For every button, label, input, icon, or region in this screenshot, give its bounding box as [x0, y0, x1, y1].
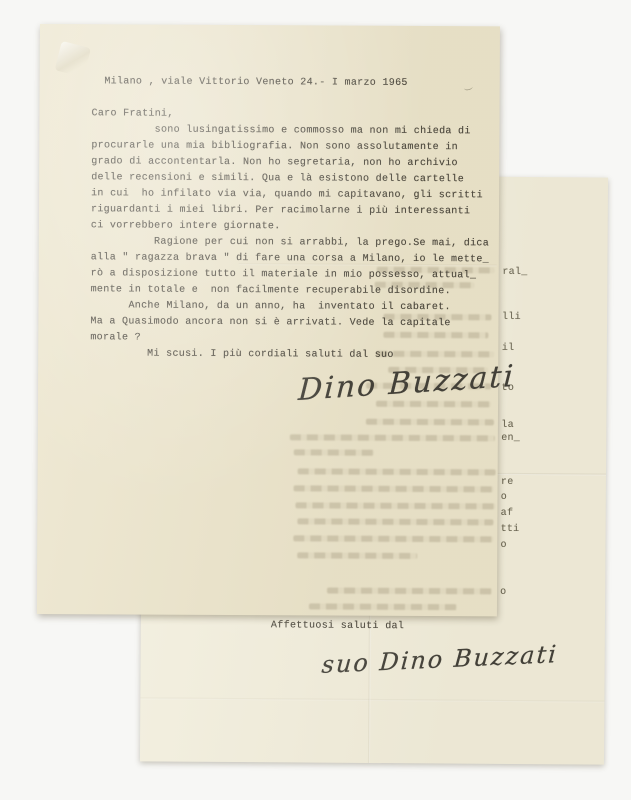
bleedthrough-line — [293, 535, 493, 542]
bleedthrough-line — [295, 502, 495, 509]
bleedthrough-line — [366, 419, 494, 426]
edge-text-fragment: af — [501, 508, 514, 519]
edge-text-fragment: il — [502, 343, 515, 354]
edge-text-fragment: tti — [501, 524, 520, 535]
edge-text-fragment: o — [500, 587, 506, 598]
bleedthrough-line — [294, 449, 374, 455]
bleedthrough-line — [294, 485, 494, 492]
bleedthrough-line — [309, 603, 457, 610]
bleedthrough-line — [297, 552, 417, 559]
scanned-letter-photo: ral_lliiltolaen_reoafttioo Affettuosi sa… — [0, 0, 631, 800]
edge-text-fragment: o — [501, 492, 507, 503]
edge-text-fragment: en_ — [501, 433, 520, 444]
edge-text-fragment: re — [501, 477, 514, 488]
typed-line: Ma a Quasimodo ancora non si è arrivati.… — [90, 314, 488, 332]
bleedthrough-line — [327, 588, 492, 595]
edge-text-fragment: ral_ — [502, 267, 527, 278]
edge-text-fragment: la — [501, 420, 514, 431]
edge-text-fragment: o — [500, 540, 506, 551]
bleedthrough-line — [297, 518, 493, 525]
signature-page-1: Dino Buzzati — [297, 359, 516, 408]
typed-line: Milano , viale Vittorio Veneto 24.- I ma… — [92, 74, 490, 92]
letter-page-1: Milano , viale Vittorio Veneto 24.- I ma… — [37, 24, 500, 616]
paper-crinkle — [55, 41, 91, 77]
signature-page-2: suo Dino Buzzati — [321, 640, 559, 679]
edge-text-fragment: lli — [502, 312, 521, 323]
closing-line: Affettuosi saluti dal — [271, 620, 404, 632]
bleedthrough-line — [298, 468, 496, 475]
fold-crease — [140, 697, 604, 702]
typed-letter-body: Milano , viale Vittorio Veneto 24.- I ma… — [90, 74, 490, 364]
typed-line: Mi scusi. I più cordiali saluti dal suo — [90, 346, 488, 364]
bleedthrough-line — [290, 434, 495, 441]
